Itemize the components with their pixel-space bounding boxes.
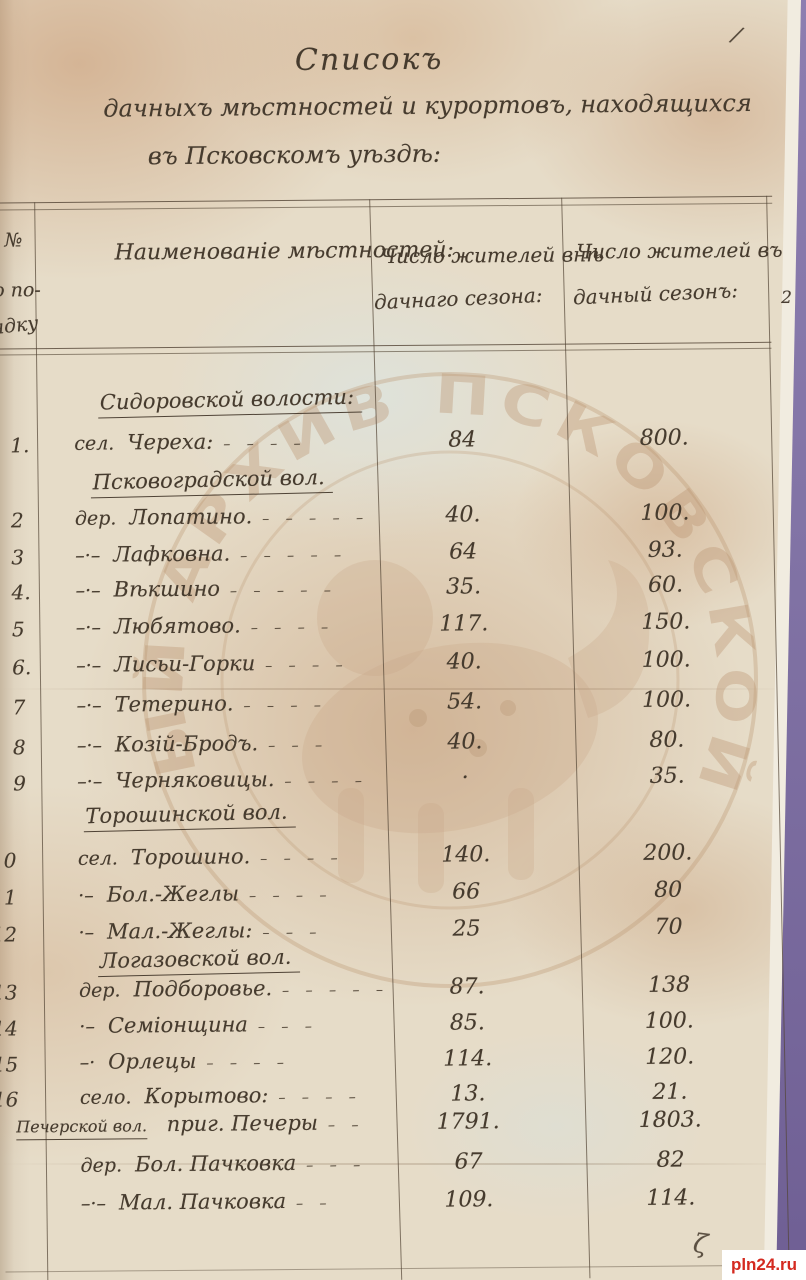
place-name: Подборовье. <box>133 976 272 1001</box>
table-row: 6.–·–Лисьи-Горки– – – –40.100. <box>0 646 806 689</box>
place-name: Лопатино. <box>129 504 252 529</box>
row-number: 9 <box>13 771 41 795</box>
place-prefix: –·– <box>81 1193 106 1215</box>
season-count: 100. <box>567 647 765 674</box>
leader-dashes: – – – – <box>249 888 332 905</box>
place-name: Козій-Бродъ. <box>115 731 258 756</box>
season-count: 800. <box>565 425 763 452</box>
place-name: Тетерино. <box>114 691 233 716</box>
off-season-count: 13. <box>379 1081 557 1108</box>
place-prefix: село. <box>80 1086 132 1108</box>
leader-dashes: – – – – <box>284 773 367 790</box>
off-season-count: 140. <box>377 842 555 869</box>
place-cell: Печерской вол. приг. Печеры– – <box>16 1110 376 1137</box>
place-name: Орлецы <box>108 1049 196 1074</box>
table-row: 2дер.Лопатино.– – – – –40.100. <box>0 499 805 542</box>
volost-town-row: Печерской вол. приг. Печеры– –1791.1803. <box>4 1106 806 1149</box>
row-number: 3 <box>11 545 39 569</box>
row-number: 13 <box>0 980 20 1004</box>
place-cell: –·–Черняковицы.– – – – <box>41 766 376 793</box>
season-count: 1803. <box>571 1107 769 1134</box>
place-name: приг. Печеры <box>160 1111 318 1136</box>
table-row: 11·–Бол.-Жеглы– – – –6680 <box>2 876 806 919</box>
no-column-header-2: по по- <box>0 279 41 302</box>
place-prefix: –·– <box>77 771 102 793</box>
off-season-count: 67 <box>379 1149 557 1176</box>
row-number: 15 <box>0 1052 21 1076</box>
leader-dashes: – – – – <box>265 657 348 674</box>
place-cell: дер.Бол. Пачковка– – – <box>44 1150 379 1177</box>
place-prefix: ·– <box>78 922 94 944</box>
off-season-count: 40. <box>376 729 554 756</box>
corner-ink-mark: / <box>729 23 744 49</box>
source-watermark-badge: pln24.ru <box>722 1250 806 1280</box>
place-name: Бол.-Жеглы <box>107 881 240 906</box>
place-cell: дер.Лопатино.– – – – – <box>39 503 374 530</box>
season-count: 138 <box>570 972 768 999</box>
leader-dashes: – – – – <box>260 851 343 868</box>
row-number: 4. <box>11 580 39 604</box>
margin-page-number: 2 <box>781 288 792 308</box>
place-name: Любятово. <box>114 613 241 638</box>
place-cell: сел.Торошино.– – – – <box>42 843 377 870</box>
row-number: 1. <box>10 433 38 457</box>
place-cell: –·–Любятово.– – – – <box>40 612 375 639</box>
place-cell: село.Корытово:– – – – <box>44 1082 379 1109</box>
off-season-count: 117. <box>375 611 553 638</box>
no-column-header-3: рядку <box>0 312 39 341</box>
season-count: 114. <box>572 1185 770 1212</box>
place-name: Мал.-Жеглы: <box>107 918 253 943</box>
place-prefix: ·– <box>78 885 94 907</box>
place-name: Черняковицы. <box>115 767 274 792</box>
leader-dashes: – – – <box>258 1019 318 1036</box>
document-subtitle-2: въ Псковскомъ уѣздѣ: <box>148 140 441 171</box>
leader-dashes: – – – – – <box>262 510 369 527</box>
leader-dashes: – – – <box>306 1157 366 1174</box>
document-title: Списокъ <box>295 42 444 78</box>
volost-section-row: Сидоровской волости: <box>0 382 804 425</box>
place-prefix: –·– <box>75 545 100 567</box>
table-border-top-inner <box>0 203 772 211</box>
offseason-column-header: Число жителей внѣ <box>381 242 605 268</box>
place-name: Мал. Пачковка <box>119 1189 286 1214</box>
place-cell: –·–Вѣкшино– – – – – <box>39 575 374 602</box>
place-prefix: –·– <box>76 617 101 639</box>
off-season-count: 1791. <box>379 1109 557 1136</box>
leader-dashes: – – – – <box>243 698 326 715</box>
place-name: Череха: <box>127 430 213 455</box>
place-prefix: –·– <box>75 580 100 602</box>
place-prefix: сел. <box>78 847 118 869</box>
table-row: 4.–·–Вѣкшино– – – – –35.60. <box>0 571 806 614</box>
off-season-count: · <box>376 765 554 792</box>
table-row: дер.Бол. Пачковка– – –6782 <box>4 1146 806 1189</box>
season-count: 21. <box>571 1079 769 1106</box>
place-prefix: дер. <box>75 507 117 529</box>
place-cell: –·–Лафковна.– – – – – <box>39 540 374 567</box>
row-number: 16 <box>0 1087 21 1111</box>
leader-dashes: – – <box>296 1196 333 1212</box>
row-number: 14 <box>0 1016 20 1040</box>
header-divider-inner <box>0 348 771 356</box>
row-number: 10 <box>0 848 19 872</box>
season-count: 80. <box>568 727 766 754</box>
off-season-count: 54. <box>375 689 553 716</box>
place-name: Лисьи-Горки <box>114 651 255 676</box>
off-season-count: 25 <box>377 916 555 943</box>
place-prefix: –·– <box>77 735 102 757</box>
row-number: 12 <box>0 922 20 946</box>
season-column-header-2: дачный сезонъ: <box>573 278 739 309</box>
off-season-count: 64 <box>374 539 552 566</box>
leader-dashes: – – – <box>262 925 322 942</box>
off-season-count: 109. <box>380 1187 558 1214</box>
document-subtitle: дачныхъ мѣстностей и курортовъ, находящи… <box>103 89 752 123</box>
place-cell: ·–Семіонщина– – – <box>43 1011 378 1038</box>
volost-name: Печерской вол. <box>16 1116 147 1140</box>
season-count: 82 <box>571 1147 769 1174</box>
season-count: 80 <box>569 877 767 904</box>
season-count: 100. <box>566 500 764 527</box>
volost-name: Псковоградской вол. <box>90 465 333 498</box>
place-cell: сел.Череха:– – – – <box>38 428 373 455</box>
off-season-count: 40. <box>374 502 552 529</box>
place-prefix: –·– <box>76 655 101 677</box>
table-row: –·–Мал. Пачковка– –109.114. <box>5 1184 806 1227</box>
leader-dashes: – – – – – <box>282 982 389 999</box>
table-row: 7–·–Тетерино.– – – –54.100. <box>0 686 806 729</box>
volost-section-row: Псковоградской вол. <box>0 462 805 505</box>
place-cell: ·–Мал.-Жеглы:– – – <box>42 917 377 944</box>
row-number: 11 <box>0 885 19 909</box>
season-count: 60. <box>566 572 764 599</box>
no-column-header: № <box>4 229 22 251</box>
place-prefix: ·– <box>79 1016 95 1038</box>
off-season-count: 114. <box>379 1046 557 1073</box>
season-count: 120. <box>571 1044 769 1071</box>
leader-dashes: – – – – <box>251 620 334 637</box>
row-number: 6. <box>12 655 40 679</box>
place-name: Семіонщина <box>108 1012 248 1037</box>
place-name: Бол. Пачковка <box>135 1151 296 1176</box>
place-prefix: –·– <box>76 695 101 717</box>
season-count: 70 <box>569 914 767 941</box>
leader-dashes: – – – – <box>206 1055 289 1072</box>
off-season-count: 87. <box>378 974 556 1001</box>
place-name: Вѣкшино <box>113 577 220 602</box>
place-cell: –·–Мал. Пачковка– – <box>45 1188 380 1215</box>
season-count: 100. <box>567 687 765 714</box>
season-count: 35. <box>568 763 766 790</box>
season-column-header: Число жителей въ <box>577 238 783 264</box>
place-cell: –·–Лисьи-Горки– – – – <box>40 650 375 677</box>
handwritten-sheet: Списокъ дачныхъ мѣстностей и курортовъ, … <box>0 0 806 1280</box>
place-prefix: –· <box>80 1052 96 1074</box>
off-season-count: 84 <box>373 427 551 454</box>
place-cell: –·Орлецы– – – – <box>44 1047 379 1074</box>
table-row: 5–·–Любятово.– – – –117.150. <box>0 608 806 651</box>
ink-flourish: ζ <box>691 1229 709 1261</box>
row-number: 7 <box>12 695 40 719</box>
place-cell: ·–Бол.-Жеглы– – – – <box>42 880 377 907</box>
place-cell: дер.Подборовье.– – – – – <box>43 975 378 1002</box>
season-count: 93. <box>566 537 764 564</box>
archival-photo: ЫЙ АРХИВ ПСКОВСКОЙ ОБЛАСТИ Списокъ дачны… <box>0 0 806 1280</box>
place-cell: –·–Козій-Бродъ.– – – <box>41 730 376 757</box>
season-count: 100. <box>570 1008 768 1035</box>
volost-name: Логазовской вол. <box>97 945 299 978</box>
leader-dashes: – – – – <box>278 1089 361 1106</box>
table-border-top <box>0 196 772 204</box>
place-prefix: дер. <box>80 1154 122 1176</box>
off-season-count: 66 <box>377 879 555 906</box>
off-season-count: 40. <box>375 649 553 676</box>
place-name: Торошино. <box>131 844 251 869</box>
off-season-count: 85. <box>378 1010 556 1037</box>
table-border-bottom <box>5 1265 761 1273</box>
table-row: 10сел.Торошино.– – – –140.200. <box>2 839 806 882</box>
leader-dashes: – – – – – <box>230 583 337 600</box>
leader-dashes: – – <box>328 1117 365 1133</box>
volost-name: Торошинской вол. <box>83 799 296 832</box>
season-count: 150. <box>567 609 765 636</box>
offseason-column-header-2: дачнаго сезона: <box>374 283 543 314</box>
place-name: Лафковна. <box>113 542 230 567</box>
leader-dashes: – – – – – <box>240 547 347 564</box>
row-number: 8 <box>13 735 41 759</box>
season-count: 200. <box>569 840 767 867</box>
volost-name: Сидоровской волости: <box>98 385 363 419</box>
row-number: 5 <box>12 617 40 641</box>
off-season-count: 35. <box>374 574 552 601</box>
place-name: Корытово: <box>144 1083 268 1108</box>
leader-dashes: – – – <box>268 738 328 755</box>
leader-dashes: – – – – <box>223 436 306 453</box>
row-number: 2 <box>11 508 39 532</box>
place-cell: –·–Тетерино.– – – – <box>40 690 375 717</box>
place-prefix: сел. <box>74 433 114 455</box>
place-prefix: дер. <box>79 979 121 1001</box>
volost-section-row: Торошинской вол. <box>1 796 806 839</box>
table-row: 1.сел.Череха:– – – –84800. <box>0 424 804 467</box>
